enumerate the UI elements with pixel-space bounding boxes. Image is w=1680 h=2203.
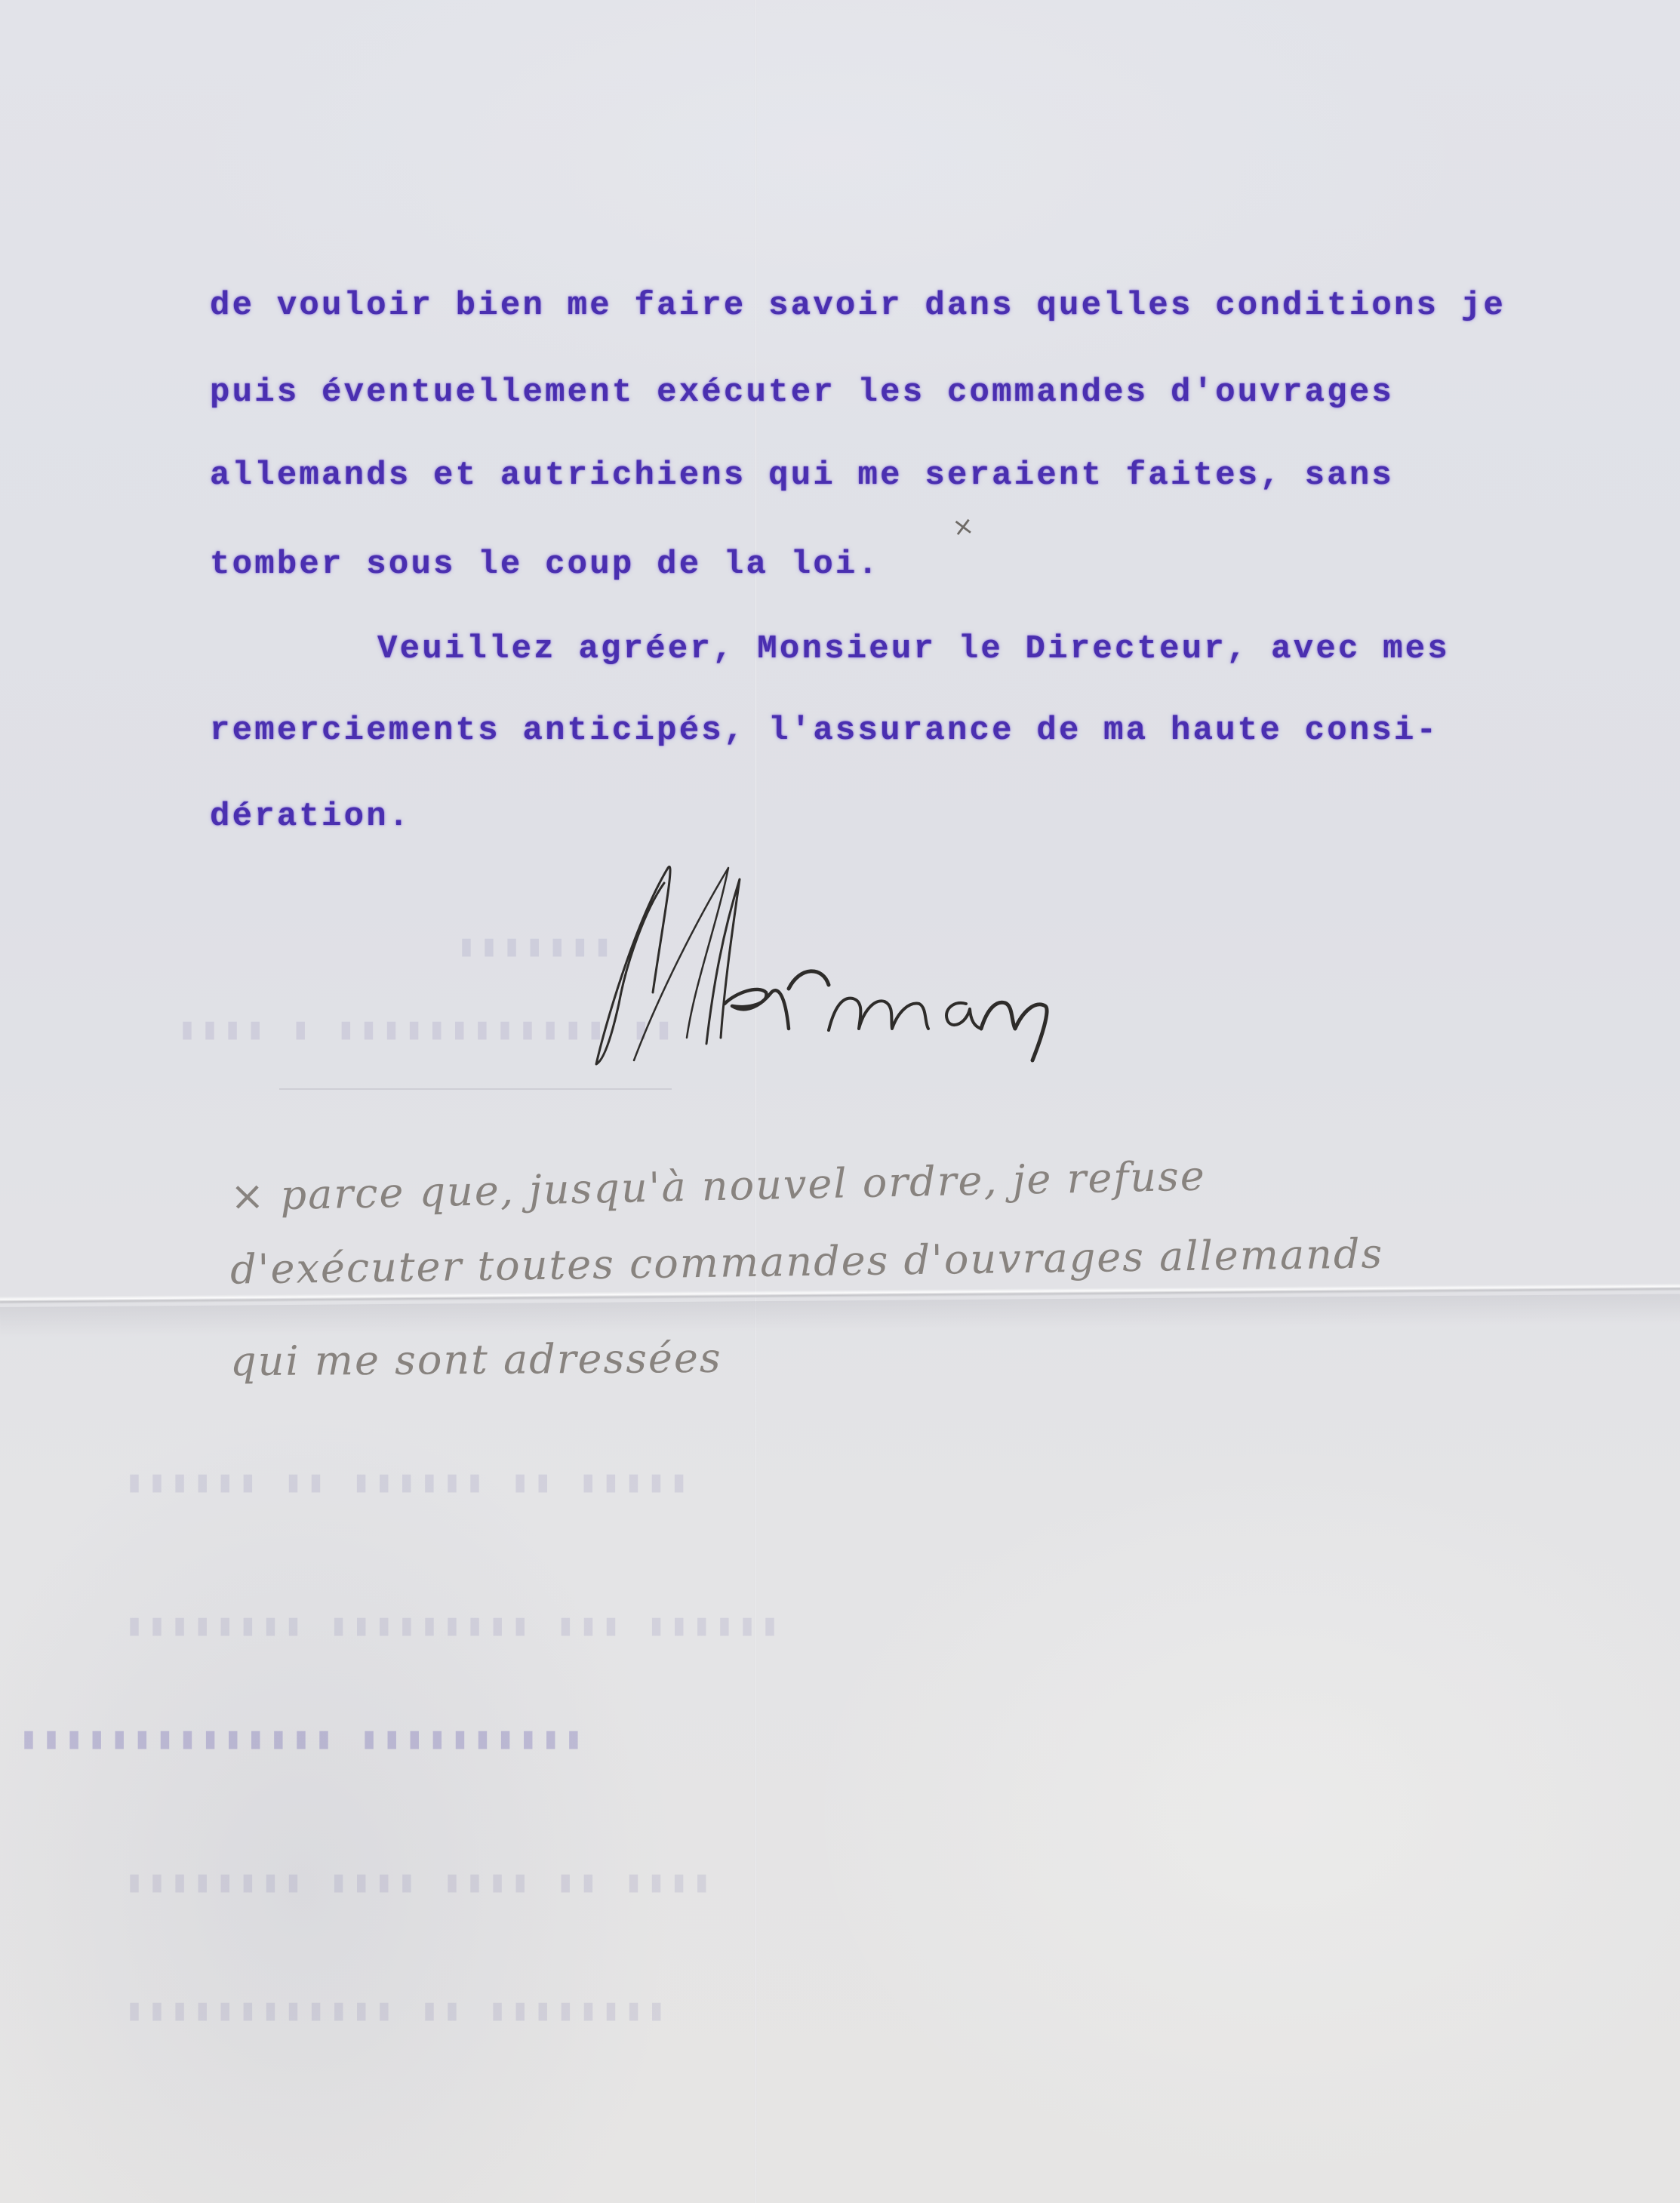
vertical-fold-crease xyxy=(755,0,757,2203)
footnote-marker-icon: × xyxy=(229,1172,266,1220)
show-through-text: ▮▮▮▮ ▮▮ ▮▮▮▮ ▮▮▮▮ ▮▮▮▮▮▮▮▮ xyxy=(121,1864,711,1901)
signature: J. Hermann xyxy=(574,811,1298,1068)
letter-line: de vouloir bien me faire savoir dans que… xyxy=(210,287,1506,325)
show-through-text: ▮▮▮▮▮▮ ▮▮▮ ▮▮▮▮▮▮▮▮▮ ▮▮▮▮▮▮▮▮ xyxy=(121,1608,779,1645)
show-through-text: ▮▮▮▮▮▮▮▮ ▮▮ ▮▮▮▮▮▮▮▮▮▮▮▮ xyxy=(121,1992,666,2029)
closing-line: Veuillez agréer, Monsieur le Directeur, … xyxy=(377,630,1450,668)
show-through-text: ▮▮▮▮▮ ▮▮ ▮▮▮▮▮▮ ▮▮ ▮▮▮▮▮▮ xyxy=(121,1464,688,1501)
separator-rule xyxy=(279,1088,672,1090)
letter-line: allemands et autrichiens qui me seraient… xyxy=(210,457,1394,494)
closing-line: dération. xyxy=(210,798,411,835)
handwritten-note-line: qui me sont adressées xyxy=(230,1334,722,1386)
letter-line: tomber sous le coup de la loi. xyxy=(210,546,880,583)
show-through-text: ▮▮▮▮▮▮▮▮▮▮ ▮▮▮▮▮▮▮▮▮▮▮▮▮▮ xyxy=(15,1721,583,1758)
letter-line: puis éventuellement exécuter les command… xyxy=(210,374,1394,411)
closing-line: remerciements anticipés, l'assurance de … xyxy=(210,712,1438,749)
footnote-marker-icon: × xyxy=(950,510,976,543)
